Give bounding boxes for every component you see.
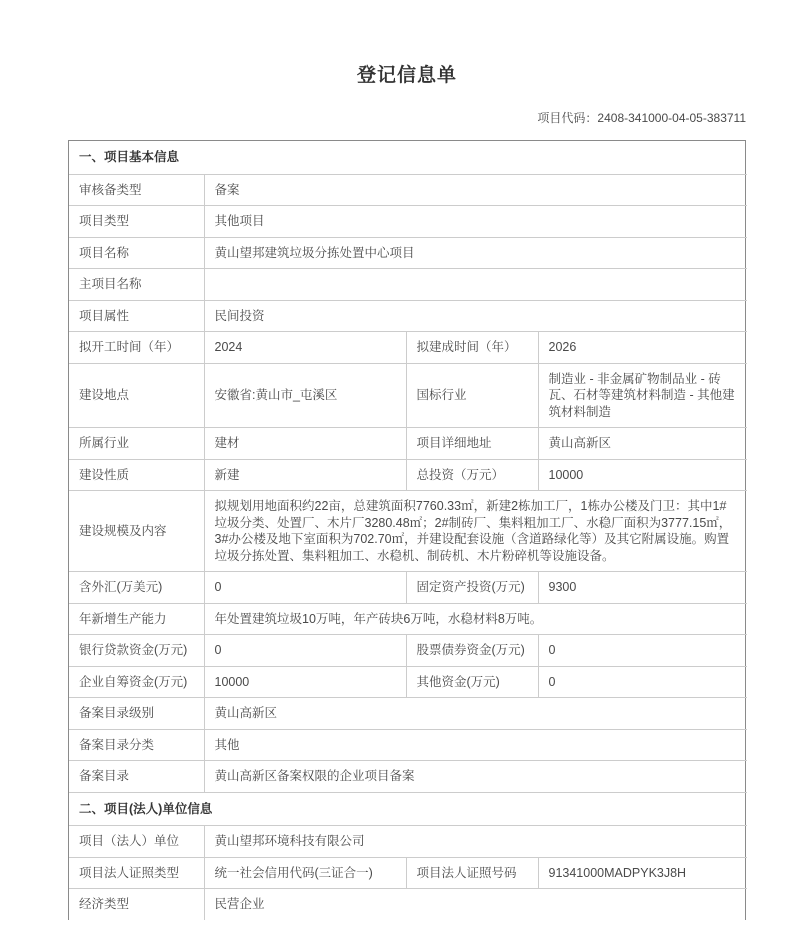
- row-label: 拟建成时间（年）: [406, 332, 538, 364]
- row-label: 项目详细地址: [406, 428, 538, 460]
- row-value: 其他: [204, 729, 747, 761]
- table-row: 项目（法人）单位黄山望邦环境科技有限公司: [69, 826, 747, 858]
- row-label: 备案目录级别: [69, 698, 204, 730]
- row-value: 制造业 - 非金属矿物制品业 - 砖瓦、石材等建筑材料制造 - 其他建筑材料制造: [538, 363, 747, 428]
- row-label: 银行贷款资金(万元): [69, 635, 204, 667]
- row-label: 固定资产投资(万元): [406, 572, 538, 604]
- row-value: 建材: [204, 428, 406, 460]
- table-row: 所属行业建材项目详细地址黄山高新区: [69, 428, 747, 460]
- document-page: 登记信息单 项目代码：2408-341000-04-05-383711 一、项目…: [68, 0, 746, 920]
- table-row: 项目类型其他项目: [69, 206, 747, 238]
- row-value: 2026: [538, 332, 747, 364]
- row-value: 备案: [204, 174, 747, 206]
- row-value: 年处置建筑垃圾10万吨，年产砖块6万吨，水稳材料8万吨。: [204, 603, 747, 635]
- table-row: 备案目录级别黄山高新区: [69, 698, 747, 730]
- table-row: 备案目录黄山高新区备案权限的企业项目备案: [69, 761, 747, 793]
- row-label: 其他资金(万元): [406, 666, 538, 698]
- row-label: 备案目录分类: [69, 729, 204, 761]
- row-label: 主项目名称: [69, 269, 204, 301]
- row-label: 总投资（万元）: [406, 459, 538, 491]
- table-row: 含外汇(万美元)0固定资产投资(万元)9300: [69, 572, 747, 604]
- row-value: 黄山高新区: [204, 698, 747, 730]
- table-row: 主项目名称: [69, 269, 747, 301]
- row-label: 项目属性: [69, 300, 204, 332]
- row-label: 企业自筹资金(万元): [69, 666, 204, 698]
- row-value: 黄山望邦建筑垃圾分拣处置中心项目: [204, 237, 747, 269]
- table-row: 审核备类型备案: [69, 174, 747, 206]
- row-value: 新建: [204, 459, 406, 491]
- row-label: 备案目录: [69, 761, 204, 793]
- row-value: 10000: [538, 459, 747, 491]
- table-row: 建设地点安徽省:黄山市_屯溪区国标行业制造业 - 非金属矿物制品业 - 砖瓦、石…: [69, 363, 747, 428]
- project-code: 项目代码：2408-341000-04-05-383711: [68, 111, 746, 126]
- row-value: 91341000MADPYK3J8H: [538, 857, 747, 889]
- row-value: 0: [204, 572, 406, 604]
- row-value: 黄山高新区: [538, 428, 747, 460]
- row-label: 项目法人证照号码: [406, 857, 538, 889]
- row-label: 含外汇(万美元): [69, 572, 204, 604]
- section-title: 二、项目(法人)单位信息: [69, 792, 747, 826]
- row-value: 0: [538, 635, 747, 667]
- row-label: 建设地点: [69, 363, 204, 428]
- row-value: 黄山望邦环境科技有限公司: [204, 826, 747, 858]
- row-value: 其他项目: [204, 206, 747, 238]
- row-label: 项目类型: [69, 206, 204, 238]
- row-label: 年新增生产能力: [69, 603, 204, 635]
- row-value: [204, 269, 747, 301]
- row-label: 所属行业: [69, 428, 204, 460]
- table-row: 银行贷款资金(万元)0股票债券资金(万元)0: [69, 635, 747, 667]
- table-row: 建设规模及内容拟规划用地面积约22亩，总建筑面积7760.33㎡，新建2栋加工厂…: [69, 491, 747, 572]
- row-label: 建设性质: [69, 459, 204, 491]
- info-table-body: 一、项目基本信息审核备类型备案项目类型其他项目项目名称黄山望邦建筑垃圾分拣处置中…: [69, 141, 747, 920]
- row-label: 项目名称: [69, 237, 204, 269]
- section-row: 一、项目基本信息: [69, 141, 747, 174]
- row-value: 拟规划用地面积约22亩，总建筑面积7760.33㎡，新建2栋加工厂，1栋办公楼及…: [204, 491, 747, 572]
- table-row: 企业自筹资金(万元)10000其他资金(万元)0: [69, 666, 747, 698]
- table-row: 年新增生产能力年处置建筑垃圾10万吨，年产砖块6万吨，水稳材料8万吨。: [69, 603, 747, 635]
- row-label: 项目法人证照类型: [69, 857, 204, 889]
- row-value: 安徽省:黄山市_屯溪区: [204, 363, 406, 428]
- row-value: 10000: [204, 666, 406, 698]
- registration-info-table: 一、项目基本信息审核备类型备案项目类型其他项目项目名称黄山望邦建筑垃圾分拣处置中…: [68, 140, 746, 920]
- table-row: 建设性质新建总投资（万元）10000: [69, 459, 747, 491]
- section-title: 一、项目基本信息: [69, 141, 747, 174]
- row-label: 股票债券资金(万元): [406, 635, 538, 667]
- table-row: 备案目录分类其他: [69, 729, 747, 761]
- row-label: 建设规模及内容: [69, 491, 204, 572]
- row-value: 0: [204, 635, 406, 667]
- row-value: 9300: [538, 572, 747, 604]
- row-value: 民间投资: [204, 300, 747, 332]
- row-value: 黄山高新区备案权限的企业项目备案: [204, 761, 747, 793]
- row-value: 民营企业: [204, 889, 747, 920]
- row-label: 审核备类型: [69, 174, 204, 206]
- table-row: 项目名称黄山望邦建筑垃圾分拣处置中心项目: [69, 237, 747, 269]
- table-row: 项目法人证照类型统一社会信用代码(三证合一)项目法人证照号码91341000MA…: [69, 857, 747, 889]
- row-value: 0: [538, 666, 747, 698]
- table-row: 经济类型民营企业: [69, 889, 747, 920]
- row-value: 2024: [204, 332, 406, 364]
- row-label: 项目（法人）单位: [69, 826, 204, 858]
- table-row: 项目属性民间投资: [69, 300, 747, 332]
- row-value: 统一社会信用代码(三证合一): [204, 857, 406, 889]
- row-label: 国标行业: [406, 363, 538, 428]
- page-title: 登记信息单: [68, 64, 746, 87]
- row-label: 经济类型: [69, 889, 204, 920]
- row-label: 拟开工时间（年）: [69, 332, 204, 364]
- table-row: 拟开工时间（年）2024拟建成时间（年）2026: [69, 332, 747, 364]
- section-row: 二、项目(法人)单位信息: [69, 792, 747, 826]
